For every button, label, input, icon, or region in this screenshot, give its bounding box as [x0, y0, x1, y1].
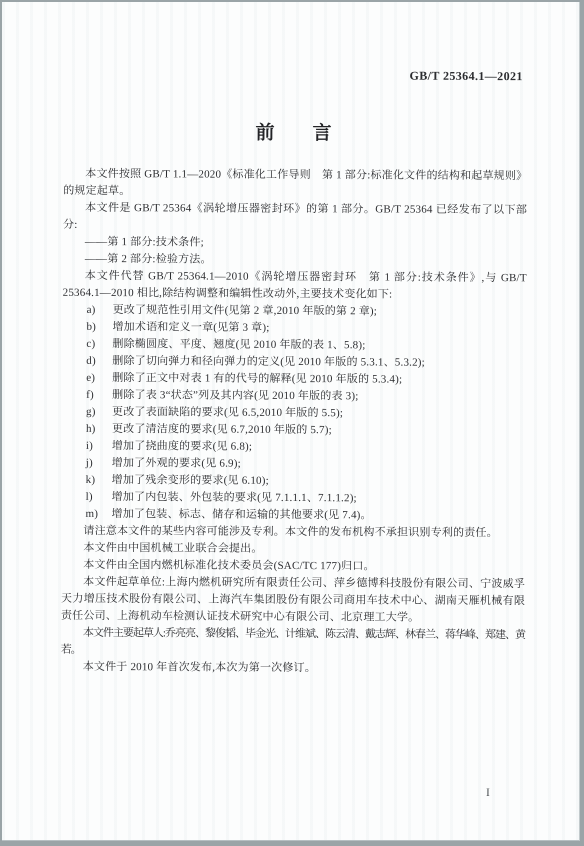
change-label: g)	[86, 404, 112, 421]
change-text: 增加术语和定义一章(见第 3 章);	[112, 319, 526, 338]
paragraph-drafting-organizations: 本文件起草单位:上海内燃机研究所有限责任公司、萍乡德博科技股份有限公司、宁波威孚…	[61, 574, 525, 627]
change-label: a)	[87, 302, 113, 319]
change-text: 增加了挠曲度的要求(见 6.8);	[112, 438, 526, 457]
change-text: 增加了残余变形的要求(见 6.10);	[112, 472, 526, 491]
change-text: 更改了清洁度的要求(见 6.7,2010 年版的 5.7);	[112, 421, 526, 440]
change-label: e)	[86, 370, 112, 387]
paragraph-drafting-basis: 本文件按照 GB/T 1.1—2020《标准化工作导则 第 1 部分:标准化文件…	[63, 166, 527, 202]
change-label: l)	[86, 489, 112, 506]
foreword-body: 本文件按照 GB/T 1.1—2020《标准化工作导则 第 1 部分:标准化文件…	[61, 166, 528, 678]
page-title: 前 言	[61, 117, 525, 146]
paragraph-replacement: 本文件代替 GB/T 25364.1—2010《涡轮增压器密封环 第 1 部分:…	[63, 268, 527, 304]
paragraph-main-drafters: 本文件主要起草人:乔亮亮、黎俊韬、毕金光、计维斌、陈云清、戴志辉、林春兰、蒋华峰…	[61, 625, 525, 661]
page-number: I	[486, 787, 490, 799]
document-page: GB/T 25364.1—2021 前 言 本文件按照 GB/T 1.1—202…	[2, 2, 580, 841]
paragraph-revision-history: 本文件于 2010 年首次发布,本次为第一次修订。	[61, 659, 525, 678]
change-label: k)	[86, 472, 112, 489]
scanned-content: GB/T 25364.1—2021 前 言 本文件按照 GB/T 1.1—202…	[0, 0, 581, 841]
change-label: m)	[85, 506, 111, 523]
scanner-background: GB/T 25364.1—2021 前 言 本文件按照 GB/T 1.1—202…	[0, 0, 584, 846]
standard-code: GB/T 25364.1—2021	[4, 66, 523, 84]
change-text: 删除了正文中对表 1 有的代号的解释(见 2010 年版的 5.3.4);	[112, 370, 526, 389]
change-text: 删除椭圆度、平度、翘度(见 2010 年版的表 1、5.8);	[112, 336, 526, 355]
paragraph-series-intro: 本文件是 GB/T 25364《涡轮增压器密封环》的第 1 部分。GB/T 25…	[63, 200, 527, 236]
change-text: 更改了表面缺陷的要求(见 6.5,2010 年版的 5.5);	[112, 404, 526, 423]
change-label: i)	[86, 438, 112, 455]
change-label: b)	[86, 319, 112, 336]
change-text: 删除了切向弹力和径向弹力的定义(见 2010 年版的 5.3.1、5.3.2);	[112, 353, 526, 372]
change-label: j)	[86, 455, 112, 472]
change-text: 删除了表 3“状态”列及其内容(见 2010 年版的表 3);	[112, 387, 526, 406]
change-label: c)	[86, 336, 112, 353]
change-label: d)	[86, 353, 112, 370]
change-label: f)	[86, 387, 112, 404]
change-text: 更改了规范性引用文件(见第 2 章,2010 年版的第 2 章);	[113, 302, 527, 321]
change-text: 增加了包装、标志、储存和运输的其他要求(见 7.4)。	[111, 506, 525, 525]
change-text: 增加了内包装、外包装的要求(见 7.1.1.1、7.1.1.2);	[112, 489, 526, 508]
change-label: h)	[86, 421, 112, 438]
change-text: 增加了外观的要求(见 6.9);	[112, 455, 526, 474]
